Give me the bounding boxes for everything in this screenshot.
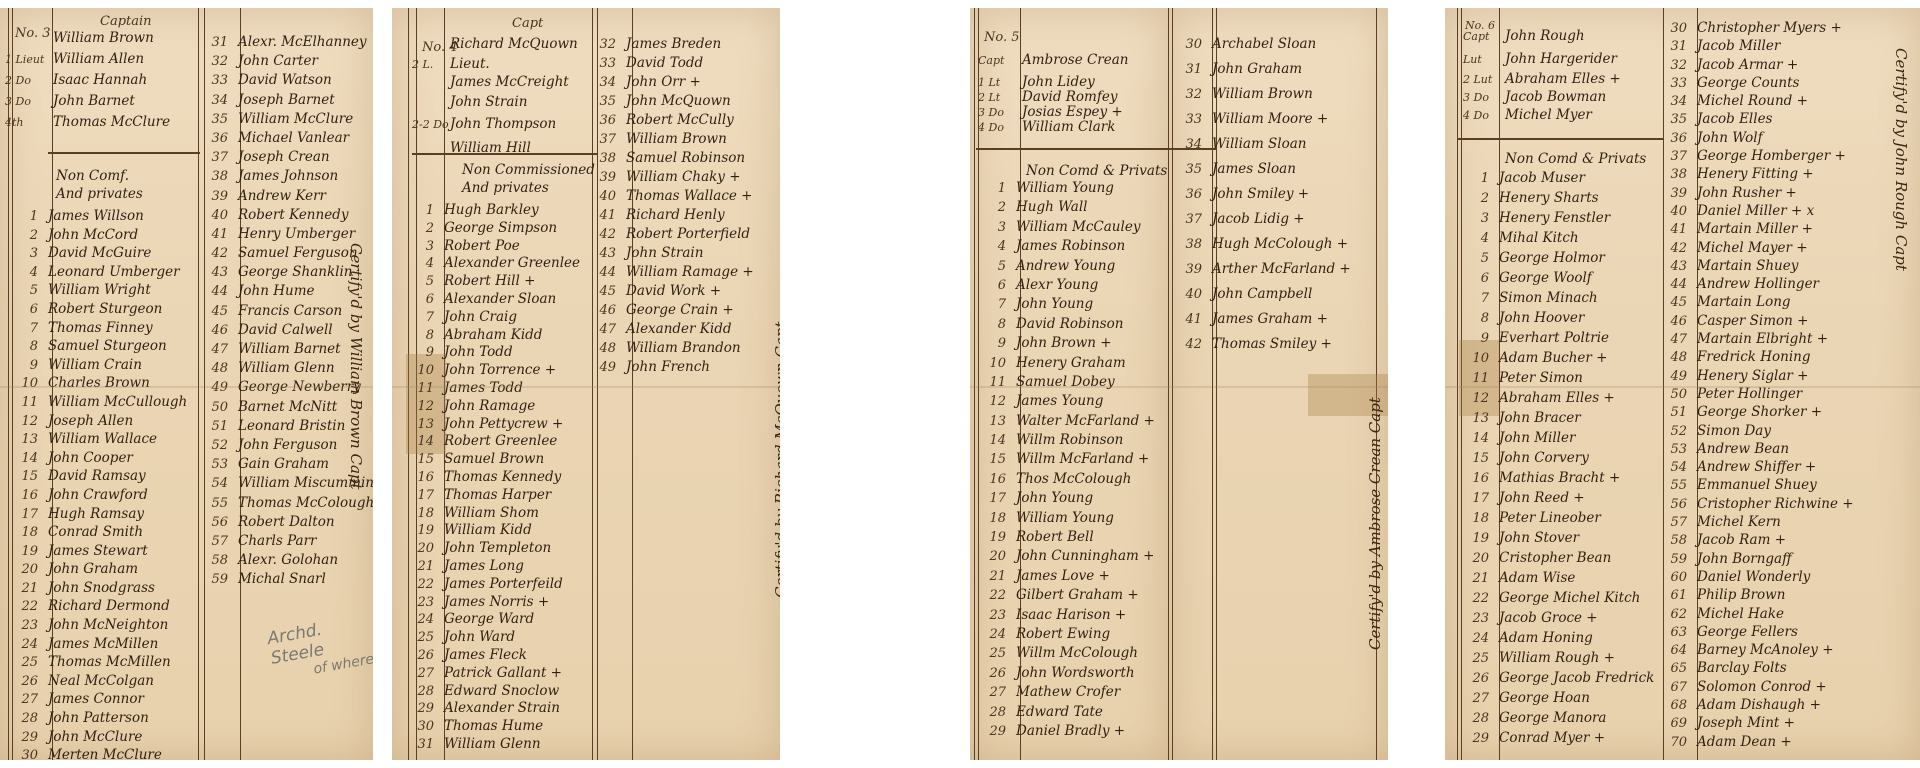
soldier-name: William Wright (48, 282, 151, 298)
soldier-name: James Breden (626, 36, 721, 52)
soldier-name: William Ramage + (626, 264, 754, 280)
soldier-name: Patrick Gallant + (444, 665, 562, 681)
soldier-name: William Chaky + (626, 169, 741, 185)
officer-divider (976, 148, 1168, 150)
roster-entry: 33David Todd (588, 55, 754, 74)
roster-entry: 55Emmanuel Shuey (1657, 477, 1854, 495)
entry-number: 16 (1459, 471, 1489, 486)
entry-number: 38 (1657, 167, 1687, 182)
roster-entry: 11James Todd (408, 380, 580, 398)
entry-number: 58 (200, 553, 228, 568)
soldier-name: John McClure (48, 729, 142, 745)
roster-entry: 20Cristopher Bean (1459, 550, 1654, 570)
roster-entry: 5George Holmor (1459, 250, 1654, 270)
privates-header: Non Comd & Privats (1026, 163, 1167, 179)
roster-entry: 1Jacob Muser (1459, 170, 1654, 190)
officer-name: Lieut. (450, 56, 490, 72)
roster-entry: 24James McMillen (10, 636, 187, 655)
soldier-name: Richard Dermond (48, 598, 170, 614)
roster-entry: 32John Carter (200, 53, 373, 72)
officers-list: CaptAmbrose Crean 1 LtJohn Lidey 2 LtDav… (978, 52, 1129, 134)
entry-number: 39 (1172, 262, 1202, 277)
entry-number: 15 (1459, 451, 1489, 466)
entry-number: 23 (1459, 611, 1489, 626)
entry-number: 16 (976, 472, 1006, 487)
soldier-name: John French (626, 359, 710, 375)
officer-name: John Lidey (1022, 74, 1095, 90)
entry-number: 10 (408, 363, 434, 378)
entry-number: 21 (976, 569, 1006, 584)
roster-entry: 38James Johnson (200, 168, 373, 187)
entry-number: 6 (1459, 271, 1489, 286)
roster-entry: 26John Wordsworth (976, 665, 1155, 684)
roster-entry: 34William Sloan (1172, 136, 1351, 161)
soldier-name: Barclay Folts (1697, 660, 1787, 676)
roster-entry: 56Cristopher Richwine + (1657, 496, 1854, 514)
officer-name: Michel Myer (1505, 107, 1592, 123)
entry-number: 63 (1657, 625, 1687, 640)
soldier-name: Michal Snarl (238, 571, 326, 587)
soldier-name: John Ward (444, 629, 515, 645)
roster-entry: 25Thomas McMillen (10, 654, 187, 673)
soldier-name: Jacob Groce + (1499, 610, 1598, 626)
roster-entry: 6Alexr Young (976, 277, 1155, 296)
entry-number: 32 (1657, 58, 1687, 73)
soldier-name: Robert Hill + (444, 273, 535, 289)
roster-entry: 42Robert Porterfield (588, 226, 754, 245)
entry-number: 29 (976, 724, 1006, 739)
soldier-name: John Brown + (1016, 335, 1112, 351)
soldier-name: Hugh McColough + (1212, 236, 1348, 252)
roster-entry: 37Joseph Crean (200, 149, 373, 168)
entry-number: 31 (1172, 62, 1202, 77)
entry-number: 40 (588, 189, 616, 204)
soldier-name: John Young (1016, 296, 1093, 312)
roster-entry: 5Robert Hill + (408, 273, 580, 291)
soldier-name: Alexander Greenlee (444, 255, 580, 271)
soldier-name: Richard Henly (626, 207, 725, 223)
soldier-name: Thomas McColough (238, 495, 373, 511)
entry-number: 35 (588, 94, 616, 109)
entry-number: 20 (1459, 551, 1489, 566)
roster-entry: 6George Woolf (1459, 270, 1654, 290)
roster-entry: 31John Graham (1172, 61, 1351, 86)
soldier-name: James Willson (48, 208, 144, 224)
roster-entry: 8David Robinson (976, 316, 1155, 335)
entry-number: 32 (1172, 87, 1202, 102)
entry-number: 35 (1172, 162, 1202, 177)
soldier-name: Everhart Poltrie (1499, 330, 1609, 346)
roster-entry: 13John Pettycrew + (408, 416, 580, 434)
roster-entry: 13John Bracer (1459, 410, 1654, 430)
roster-entry: 48Fredrick Honing (1657, 349, 1854, 367)
roster-entry: 27George Hoan (1459, 690, 1654, 710)
privates-header: Non Commissioned (462, 162, 595, 178)
roster-entry: 19William Kidd (408, 522, 580, 540)
entry-number: 48 (1657, 350, 1687, 365)
entry-number: 10 (10, 376, 38, 391)
roster-entry: 21James Long (408, 558, 580, 576)
entry-number: 15 (10, 469, 38, 484)
entry-number: 23 (408, 595, 434, 610)
soldier-name: Daniel Bradly + (1016, 723, 1125, 739)
roster-entry: 35John McQuown (588, 93, 754, 112)
soldier-name: James Stewart (48, 543, 148, 559)
soldier-name: Abraham Kidd (444, 327, 542, 343)
roster-entry: 10John Torrence + (408, 362, 580, 380)
entry-number: 25 (408, 630, 434, 645)
entry-number: 1 (976, 181, 1006, 196)
entry-number: 25 (10, 655, 38, 670)
soldier-name: Isaac Harison + (1016, 607, 1126, 623)
soldier-name: John Patterson (48, 710, 149, 726)
roster-entry: 25Willm McColough (976, 645, 1155, 664)
entry-number: 26 (1459, 671, 1489, 686)
soldier-name: Thos McColough (1016, 471, 1131, 487)
soldier-name: Jacob Armar + (1697, 57, 1798, 73)
entry-number: 21 (408, 559, 434, 574)
soldier-name: John Ramage (444, 398, 535, 414)
officer-name: William Allen (53, 51, 144, 67)
entry-number: 5 (976, 259, 1006, 274)
entry-number: 30 (1657, 21, 1687, 36)
roster-entry: 57Charls Parr (200, 533, 373, 552)
roster-entry: 18William Young (976, 510, 1155, 529)
soldier-name: Alexr. Golohan (238, 552, 338, 568)
soldier-name: John Ferguson (238, 437, 337, 453)
officer-name: John Barnet (53, 93, 135, 109)
soldier-name: David Ramsay (48, 468, 146, 484)
entry-number: 50 (1657, 387, 1687, 402)
soldier-name: Alexr. McElhanney (238, 34, 367, 50)
roster-entry: 24Adam Honing (1459, 630, 1654, 650)
entry-number: 35 (1657, 112, 1687, 127)
roster-entry: 61Philip Brown (1657, 587, 1854, 605)
soldier-name: Thomas Wallace + (626, 188, 752, 204)
roster-entry: 39William Chaky + (588, 169, 754, 188)
entry-number: 8 (408, 328, 434, 343)
soldier-name: George Crain + (626, 302, 734, 318)
entry-number: 28 (976, 705, 1006, 720)
soldier-name: John Hoover (1499, 310, 1584, 326)
entry-number: 46 (1657, 314, 1687, 329)
entry-number: 18 (1459, 511, 1489, 526)
roster-entry: 37William Brown (588, 131, 754, 150)
certification-signature: Certify'd by William Brown Capt (347, 243, 365, 490)
entry-number: 4 (10, 265, 38, 280)
certification-signature: Certify'd by John Rough Capt (1892, 48, 1910, 271)
soldier-name: John Hume (238, 283, 314, 299)
soldier-name: George Holmor (1499, 250, 1605, 266)
soldier-name: Adam Honing (1499, 630, 1593, 646)
entry-number: 27 (1459, 691, 1489, 706)
roster-entry: 14Willm Robinson (976, 432, 1155, 451)
roster-entry: 16Thomas Kennedy (408, 469, 580, 487)
entry-number: 43 (1657, 259, 1687, 274)
officer-name: Isaac Hannah (53, 72, 147, 88)
roster-entry: 26James Fleck (408, 647, 580, 665)
entry-number: 41 (1657, 222, 1687, 237)
entry-number: 32 (200, 54, 228, 69)
roster-entry: 20John Templeton (408, 540, 580, 558)
certification-signature: Certify'd by Richard McQuown Capt (772, 322, 780, 598)
roster-entry: 30Thomas Hume (408, 718, 580, 736)
soldier-name: Samuel Brown (444, 451, 544, 467)
soldier-name: James Young (1016, 393, 1103, 409)
soldier-name: David Calwell (238, 322, 333, 338)
roster-entry: 6Alexander Sloan (408, 291, 580, 309)
roster-entry: 34Joseph Barnet (200, 92, 373, 111)
entry-number: 39 (1657, 186, 1687, 201)
entry-number: 41 (1172, 312, 1202, 327)
entry-number: 9 (10, 358, 38, 373)
soldier-name: William McClure (238, 111, 353, 127)
entry-number: 64 (1657, 643, 1687, 658)
soldier-name: Cristopher Richwine + (1697, 496, 1854, 512)
roster-entry: 29Alexander Strain (408, 700, 580, 718)
officer-divider (48, 152, 200, 154)
roster-entry: 65Barclay Folts (1657, 660, 1854, 678)
entry-number: 37 (1657, 149, 1687, 164)
entry-number: 20 (976, 549, 1006, 564)
entry-number: 1 (10, 209, 38, 224)
entry-number: 3 (10, 246, 38, 261)
soldier-name: David Todd (626, 55, 703, 71)
roster-entry: 17John Reed + (1459, 490, 1654, 510)
soldier-name: Robert Sturgeon (48, 301, 162, 317)
roster-entry: 59John Borngaff (1657, 551, 1854, 569)
soldier-name: Thomas Kennedy (444, 469, 561, 485)
entry-number: 18 (10, 525, 38, 540)
soldier-name: Walter McFarland + (1016, 413, 1155, 429)
soldier-name: Andrew Kerr (238, 188, 326, 204)
roster-entry: 55Thomas McColough (200, 495, 373, 514)
roster-entry: 11Samuel Dobey (976, 374, 1155, 393)
officer-name: John Thompson (450, 116, 556, 132)
soldier-name: William Young (1016, 180, 1114, 196)
officer-name: Thomas McClure (53, 114, 170, 130)
roster-page-3: No. 5 CaptAmbrose Crean 1 LtJohn Lidey 2… (970, 8, 1168, 760)
roster-entry: 4Leonard Umberger (10, 264, 187, 283)
entry-number: 42 (588, 227, 616, 242)
entry-number: 12 (408, 399, 434, 414)
roster-entry: 39Arther McFarland + (1172, 261, 1351, 286)
soldier-name: Henery Fenstler (1499, 210, 1610, 226)
soldier-name: John Young (1016, 490, 1093, 506)
entry-number: 20 (408, 541, 434, 556)
roster-entry: 5William Wright (10, 282, 187, 301)
entry-number: 2 (10, 228, 38, 243)
roster-page-4: No. 6 CaptJohn Rough LutJohn Hargerider … (1445, 8, 1920, 760)
soldier-name: William Brown (1212, 86, 1313, 102)
soldier-name: Simon Minach (1499, 290, 1598, 306)
roster-entry: 8Samuel Sturgeon (10, 338, 187, 357)
soldier-name: Gain Graham (238, 456, 329, 472)
entry-number: 9 (976, 336, 1006, 351)
roster-entry: 54Andrew Shiffer + (1657, 459, 1854, 477)
soldier-name: William Barnet (238, 341, 341, 357)
entry-number: 19 (10, 544, 38, 559)
entry-number: 1 (1459, 171, 1489, 186)
entry-number: 13 (10, 432, 38, 447)
soldier-name: Joseph Allen (48, 413, 133, 429)
entry-number: 48 (200, 361, 228, 376)
roster-entry: 46George Crain + (588, 302, 754, 321)
officer-name: William Hill (450, 140, 531, 156)
entry-number: 57 (200, 534, 228, 549)
soldier-name: John Smiley + (1212, 186, 1309, 202)
roster-entry: 53Andrew Bean (1657, 441, 1854, 459)
soldier-name: Henery Siglar + (1697, 368, 1808, 384)
entry-number: 23 (976, 608, 1006, 623)
privates-header: And privates (462, 180, 595, 196)
entry-number: 7 (408, 310, 434, 325)
soldier-name: John Rusher + (1697, 185, 1797, 201)
soldier-name: John Wordsworth (1016, 665, 1135, 681)
soldier-name: John Cooper (48, 450, 133, 466)
soldier-name: Neal McColgan (48, 673, 154, 689)
roster-entry: 1William Young (976, 180, 1155, 199)
soldier-name: Michael Vanlear (238, 130, 349, 146)
soldier-name: Conrad Smith (48, 524, 143, 540)
soldier-name: John McNeighton (48, 617, 168, 633)
soldier-name: Arther McFarland + (1212, 261, 1351, 277)
roster-entry: 8Abraham Kidd (408, 327, 580, 345)
soldier-name: George Homberger + (1697, 148, 1846, 164)
soldier-name: William Brown (626, 131, 727, 147)
entry-number: 3 (408, 239, 434, 254)
roster-entry: 9Everhart Poltrie (1459, 330, 1654, 350)
roster-entry: 31William Glenn (408, 736, 580, 754)
soldier-name: Andrew Hollinger (1697, 276, 1819, 292)
roster-entry: 14John Cooper (10, 450, 187, 469)
entry-number: 16 (10, 488, 38, 503)
roster-entry: 10Henery Graham (976, 355, 1155, 374)
roster-entry: 18Conrad Smith (10, 524, 187, 543)
entry-number: 33 (1657, 76, 1687, 91)
soldier-name: Samuel Robinson (626, 150, 745, 166)
soldier-name: Henry Umberger (238, 226, 355, 242)
entry-number: 29 (10, 730, 38, 745)
entry-number: 19 (408, 523, 434, 538)
entry-number: 36 (200, 131, 228, 146)
entry-number: 6 (976, 278, 1006, 293)
entry-number: 46 (588, 303, 616, 318)
soldier-name: Willm Robinson (1016, 432, 1123, 448)
roster-entry: 26Neal McColgan (10, 673, 187, 692)
entry-number: 32 (588, 37, 616, 52)
entry-number: 10 (976, 356, 1006, 371)
roster-entry: 30Merten McClure (10, 747, 187, 760)
entry-number: 51 (1657, 405, 1687, 420)
entry-number: 38 (1172, 237, 1202, 252)
soldier-name: Christopher Myers + (1697, 20, 1842, 36)
soldier-name: Daniel Wonderly (1697, 569, 1810, 585)
roster-entry: 13Walter McFarland + (976, 413, 1155, 432)
roster-entry: 25William Rough + (1459, 650, 1654, 670)
entry-number: 62 (1657, 607, 1687, 622)
officer-name: John Hargerider (1505, 51, 1617, 67)
entry-number: 11 (976, 375, 1006, 390)
officer-name: David Romfey (1022, 89, 1117, 105)
soldier-name: Samuel Ferguson (238, 245, 358, 261)
soldier-name: James Love + (1016, 568, 1110, 584)
soldier-name: Adam Bucher + (1499, 350, 1607, 366)
roster-entry: 43John Strain (588, 245, 754, 264)
soldier-name: Peter Simon (1499, 370, 1583, 386)
roster-entry: 20John Cunningham + (976, 548, 1155, 567)
entry-number: 22 (976, 588, 1006, 603)
soldier-name: Francis Carson (238, 303, 342, 319)
roster-entry: 20John Graham (10, 561, 187, 580)
entry-number: 57 (1657, 515, 1687, 530)
roster-entry: 28George Manora (1459, 710, 1654, 730)
entry-number: 33 (588, 56, 616, 71)
soldier-name: Andrew Shiffer + (1697, 459, 1816, 475)
entry-number: 34 (588, 75, 616, 90)
roster-entry: 37Jacob Lidig + (1172, 211, 1351, 236)
roster-entry: 40John Campbell (1172, 286, 1351, 311)
roster-entry: 38Hugh McColough + (1172, 236, 1351, 261)
entry-number: 11 (408, 381, 434, 396)
entry-number: 4 (1459, 231, 1489, 246)
entry-number: 53 (200, 457, 228, 472)
roster-entry: 69Joseph Mint + (1657, 715, 1854, 733)
roster-entry: 64Barney McAnoley + (1657, 642, 1854, 660)
roster-entry: 34Michel Round + (1657, 93, 1854, 111)
entry-number: 23 (10, 618, 38, 633)
soldier-name: Joseph Crean (238, 149, 330, 165)
roster-page-1: No. 3 Captain William Brown 1 LieutWilli… (0, 8, 373, 760)
soldier-name: George Michel Kitch (1499, 590, 1640, 606)
roster-entry: 3Henery Fenstler (1459, 210, 1654, 230)
soldier-name: Michel Mayer + (1697, 240, 1808, 256)
soldier-name: James Norris + (444, 594, 549, 610)
soldier-name: James Todd (444, 380, 523, 396)
roster-entry: 68Adam Dishaugh + (1657, 697, 1854, 715)
roster-entry: 17Thomas Harper (408, 487, 580, 505)
entry-number: 41 (588, 208, 616, 223)
roster-entry: 28Edward Snoclow (408, 683, 580, 701)
soldier-name: John Graham (1212, 61, 1302, 77)
entry-number: 17 (408, 488, 434, 503)
roster-entry: 2Hugh Wall (976, 199, 1155, 218)
soldier-name: Jacob Elles (1697, 111, 1773, 127)
roster-entry: 5Andrew Young (976, 258, 1155, 277)
soldier-name: Cristopher Bean (1499, 550, 1611, 566)
roster-entry: 38Samuel Robinson (588, 150, 754, 169)
roster-entry: 17Hugh Ramsay (10, 506, 187, 525)
entry-number: 2 (976, 200, 1006, 215)
roster-entry: 42Michel Mayer + (1657, 240, 1854, 258)
soldier-name: Willm McFarland + (1016, 451, 1149, 467)
roster-entry: 9John Todd (408, 344, 580, 362)
roster-entry: 3Robert Poe (408, 238, 580, 256)
entry-number: 18 (408, 506, 434, 521)
entry-number: 40 (1657, 204, 1687, 219)
entry-number: 28 (10, 711, 38, 726)
soldier-name: Michel Kern (1697, 514, 1781, 530)
entry-number: 7 (10, 321, 38, 336)
entry-number: 24 (10, 637, 38, 652)
soldier-name: Edward Snoclow (444, 683, 559, 699)
soldier-name: Michel Hake (1697, 606, 1784, 622)
soldier-name: John Miller (1499, 430, 1575, 446)
officer-name: Josias Espey + (1022, 104, 1123, 120)
officers-list: CaptJohn Rough LutJohn Hargerider 2 LutA… (1463, 28, 1621, 125)
entry-number: 6 (408, 292, 434, 307)
officer-name: John Strain (450, 94, 527, 110)
